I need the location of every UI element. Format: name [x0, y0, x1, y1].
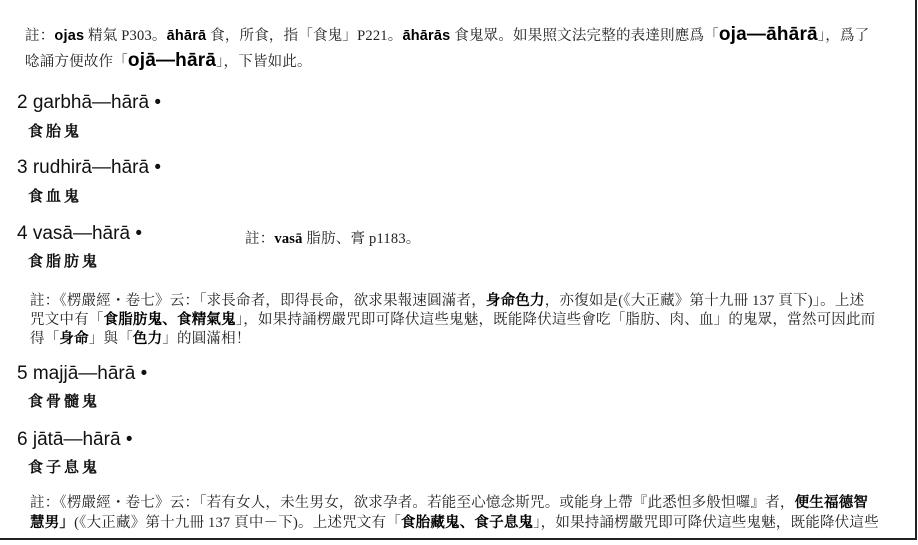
sanskrit-term: vasā	[274, 231, 302, 247]
bullet-icon: •	[154, 157, 161, 178]
note-text: 註：《楞嚴經・卷七》云：「若有女人，未生男女，欲求孕者。若能至心憶念斯咒。或能身…	[30, 495, 795, 511]
entry-chinese-2: 食胎鬼	[28, 120, 82, 141]
gloss: 食，所食，指「食鬼」P221。	[206, 28, 402, 44]
gloss: 食鬼眾。如果照文法完整的表達則應爲「	[450, 28, 718, 44]
note-vasa-line-3: 得「身命」與「色力」的圓滿相！	[30, 327, 251, 348]
note-jata-line-1: 註：《楞嚴經・卷七》云：「若有女人，未生男女，欲求孕者。若能至心憶念斯咒。或能身…	[30, 491, 868, 512]
document-page: 註：ojas 精氣 P303。āhārā 食，所食，指「食鬼」P221。āhār…	[0, 0, 918, 545]
gloss: 」，下皆如此。	[216, 54, 312, 70]
gloss: 唸誦方便故作「	[25, 54, 128, 70]
gloss: 脂肪、膏 p1183。	[303, 231, 421, 247]
entry-term: rudhirā—hārā	[33, 157, 149, 178]
entry-number: 2	[17, 92, 28, 113]
note-vasa-line-2: 咒文中有「食脂肪鬼、食精氣鬼」，如果持誦楞嚴咒即可降伏這些鬼魅，既能降伏這些會吃…	[30, 308, 875, 329]
note-jata-line-2: 慧男」(《大正藏》第十九冊 137 頁中－下)。上述咒文有「食胎藏鬼、食子息鬼」…	[30, 511, 879, 532]
entry-chinese-3: 食血鬼	[28, 185, 82, 206]
note-text: 」，如果持誦楞嚴咒即可降伏這些鬼魅，既能降伏這些會吃「脂肪、肉、血」的鬼眾，當然…	[236, 312, 876, 328]
entry-number: 6	[17, 429, 28, 450]
entry-number: 4	[17, 223, 28, 244]
entry-chinese-5: 食骨髓鬼	[28, 390, 100, 411]
gloss: 」，爲了	[818, 28, 870, 44]
note-emphasis: 便生福德智	[795, 495, 869, 511]
sanskrit-term: āhārā	[167, 28, 207, 44]
entry-term: vasā—hārā	[33, 223, 130, 244]
note-text: 」，如果持誦楞嚴咒即可降伏這些鬼魅，既能降伏這些	[533, 515, 879, 531]
entry-number: 3	[17, 157, 28, 178]
bullet-icon: •	[154, 92, 161, 113]
note-text: 註：《楞嚴經・卷七》云：「求長命者，即得長命，欲求果報速圓滿者，	[30, 293, 486, 309]
note-emphasis: 慧男」	[30, 515, 74, 531]
page-border-right	[915, 0, 917, 540]
entry-side-note-4: 註：vasā 脂肪、膏 p1183。	[245, 227, 420, 248]
entry-heading-2: 2 garbhā—hārā •	[17, 92, 161, 114]
note-text: ，亦復如是(《大正藏》第十九冊 137 頁下)」。上述	[545, 293, 865, 309]
note-label: 註：	[245, 231, 274, 247]
sanskrit-term-large: oja—āhārā	[719, 24, 818, 45]
note-emphasis: 色力	[133, 331, 162, 347]
note-label: 註：	[25, 28, 54, 44]
entry-term: jātā—hārā	[33, 429, 121, 450]
note-text: 」的圓滿相！	[162, 331, 250, 347]
note-text: 得「	[30, 331, 59, 347]
note-text: 咒文中有「	[30, 312, 104, 328]
entry-heading-6: 6 jātā—hārā •	[17, 429, 132, 451]
bullet-icon: •	[141, 363, 148, 384]
entry-heading-3: 3 rudhirā—hārā •	[17, 157, 161, 179]
entry-term: majjā—hārā	[33, 363, 135, 384]
gloss: 精氣 P303。	[84, 28, 166, 44]
note-emphasis: 食脂肪鬼、食精氣鬼	[104, 312, 236, 328]
note-emphasis: 身命	[59, 331, 88, 347]
sanskrit-term-large: ojā—hārā	[128, 50, 216, 71]
entry-term: garbhā—hārā	[33, 92, 149, 113]
entry-heading-5: 5 majjā—hārā •	[17, 363, 147, 385]
note-vasa-line-1: 註：《楞嚴經・卷七》云：「求長命者，即得長命，欲求果報速圓滿者，身命色力，亦復如…	[30, 289, 864, 310]
intro-note-line-1: 註：ojas 精氣 P303。āhārā 食，所食，指「食鬼」P221。āhār…	[25, 24, 869, 46]
page-border-bottom	[0, 538, 917, 540]
entry-chinese-6: 食子息鬼	[28, 456, 100, 477]
intro-note-line-2: 唸誦方便故作「ojā—hārā」，下皆如此。	[25, 50, 312, 72]
entry-number: 5	[17, 363, 28, 384]
entry-heading-4: 4 vasā—hārā •	[17, 223, 142, 245]
bullet-icon: •	[126, 429, 133, 450]
entry-chinese-4: 食脂肪鬼	[28, 250, 100, 271]
note-text: (《大正藏》第十九冊 137 頁中－下)。上述咒文有「	[74, 515, 401, 531]
note-text: 」與「	[89, 331, 133, 347]
note-emphasis: 身命色力	[486, 293, 545, 309]
sanskrit-term: ojas	[54, 28, 84, 44]
note-emphasis: 食胎藏鬼、食子息鬼	[401, 515, 533, 531]
sanskrit-term: āhārās	[402, 28, 450, 44]
bullet-icon: •	[135, 223, 142, 244]
